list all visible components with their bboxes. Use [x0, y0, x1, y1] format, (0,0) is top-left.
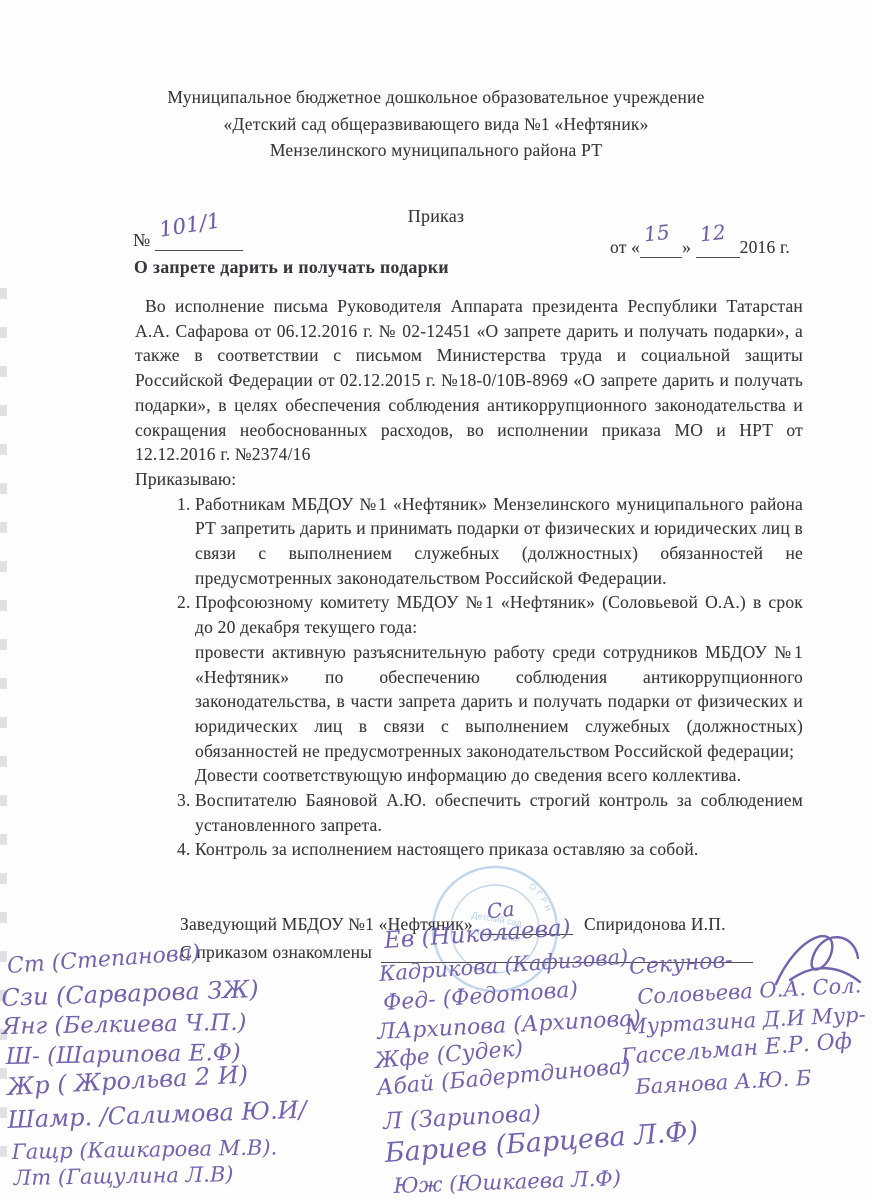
handwritten-signature: Ст (Степанова) [6, 941, 201, 979]
order-item-3: 3. Воспитателю Баяновой А.Ю. обеспечить … [135, 788, 803, 837]
date-month-underline: 12 [696, 237, 740, 258]
date-year: 2016 г. [740, 237, 790, 257]
decree-word: Приказываю: [135, 467, 803, 492]
order-item-2: 2. Профсоюзному комитету МБДОУ №1 «Нефтя… [135, 590, 803, 788]
item-2-subtext-1: провести активную разъяснительную работу… [195, 640, 803, 764]
item-1-text: Работникам МБДОУ №1 «Нефтяник» Мензелинс… [195, 492, 803, 591]
item-1-number: 1. [177, 492, 191, 517]
handwritten-signature: Янг (Белкиева Ч.П.) [2, 1010, 247, 1040]
item-2-subtext-2: Довести соответствующую информацию до св… [195, 763, 803, 788]
item-3-text: Воспитателю Баяновой А.Ю. обеспечить стр… [195, 788, 803, 837]
header-line-2: «Детский сад общеразвивающего вида №1 «Н… [0, 111, 872, 138]
handwritten-signature: Баянова А.Ю. Б [635, 1066, 812, 1099]
order-body: Во исполнение письма Руководителя Аппара… [135, 294, 803, 862]
header-line-1: Муниципальное бюджетное дошкольное образ… [0, 84, 872, 111]
order-number-row: № 101/1 [133, 230, 243, 251]
scanned-order-document: Муниципальное бюджетное дошкольное образ… [0, 0, 872, 1200]
item-4-number: 4. [177, 837, 191, 862]
order-number-label: № [133, 230, 150, 250]
handwritten-signature: Шамр. /Салимова Ю.И/ [7, 1096, 307, 1134]
ack-text: С приказом ознакомлены [180, 942, 372, 962]
header-line-3: Мензелинского муниципального района РТ [0, 137, 872, 164]
date-quote-close: » [682, 237, 691, 257]
date-prefix: от « [610, 237, 640, 257]
order-title: Приказ [0, 206, 872, 227]
handwritten-signature: Юж (Юшкаева Л.Ф) [393, 1166, 621, 1198]
item-3-number: 3. [177, 788, 191, 813]
date-day-handwritten: 15 [643, 220, 671, 247]
order-subject: О запрете дарить и получать подарки [134, 257, 449, 278]
preamble-paragraph: Во исполнение письма Руководителя Аппара… [135, 294, 803, 467]
date-month-handwritten: 12 [698, 220, 726, 247]
handwritten-signature: Гащр (Кашкарова М.В). [12, 1135, 278, 1164]
order-date-row: от «15» 122016 г. [610, 237, 790, 258]
handwritten-signature: Сзи (Сарварова ЗЖ) [1, 975, 259, 1012]
order-item-1: 1. Работникам МБДОУ №1 «Нефтяник» Мензел… [135, 492, 803, 591]
date-day-underline: 15 [640, 237, 682, 258]
item-2-text: Профсоюзному комитету МБДОУ №1 «Нефтяник… [195, 590, 803, 639]
document-header: Муниципальное бюджетное дошкольное образ… [0, 84, 872, 164]
order-number-underline: 101/1 [155, 230, 243, 251]
handwritten-signature: Лт (Гащулина Л.В) [14, 1162, 234, 1190]
head-name-text: Спиридонова И.П. [584, 914, 726, 934]
item-2-number: 2. [177, 590, 191, 615]
